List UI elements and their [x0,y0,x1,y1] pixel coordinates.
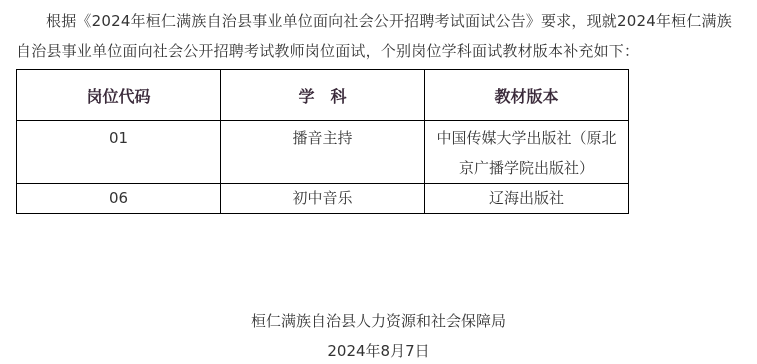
cell-textbook: 中国传媒大学出版社（原北京广播学院出版社） [425,121,629,184]
issue-date: 2024年8月7日 [0,340,757,361]
notice-paragraph: 根据《2024年桓仁满族自治县事业单位面向社会公开招聘考试面试公告》要求，现就2… [16,6,746,66]
header-textbook: 教材版本 [425,70,629,121]
header-subject: 学 科 [221,70,425,121]
table-row: 06 初中音乐 辽海出版社 [17,184,629,214]
cell-textbook: 辽海出版社 [425,184,629,214]
table-row: 01 播音主持 中国传媒大学出版社（原北京广播学院出版社） [17,121,629,184]
cell-subject: 初中音乐 [221,184,425,214]
cell-code: 06 [17,184,221,214]
cell-code: 01 [17,121,221,184]
textbook-table: 岗位代码 学 科 教材版本 01 播音主持 中国传媒大学出版社（原北京广播学院出… [16,69,629,214]
cell-subject: 播音主持 [221,121,425,184]
header-position-code: 岗位代码 [17,70,221,121]
table-header-row: 岗位代码 学 科 教材版本 [17,70,629,121]
issuing-organization: 桓仁满族自治县人力资源和社会保障局 [0,310,757,331]
notice-text: 根据《2024年桓仁满族自治县事业单位面向社会公开招聘考试面试公告》要求，现就2… [16,12,732,60]
